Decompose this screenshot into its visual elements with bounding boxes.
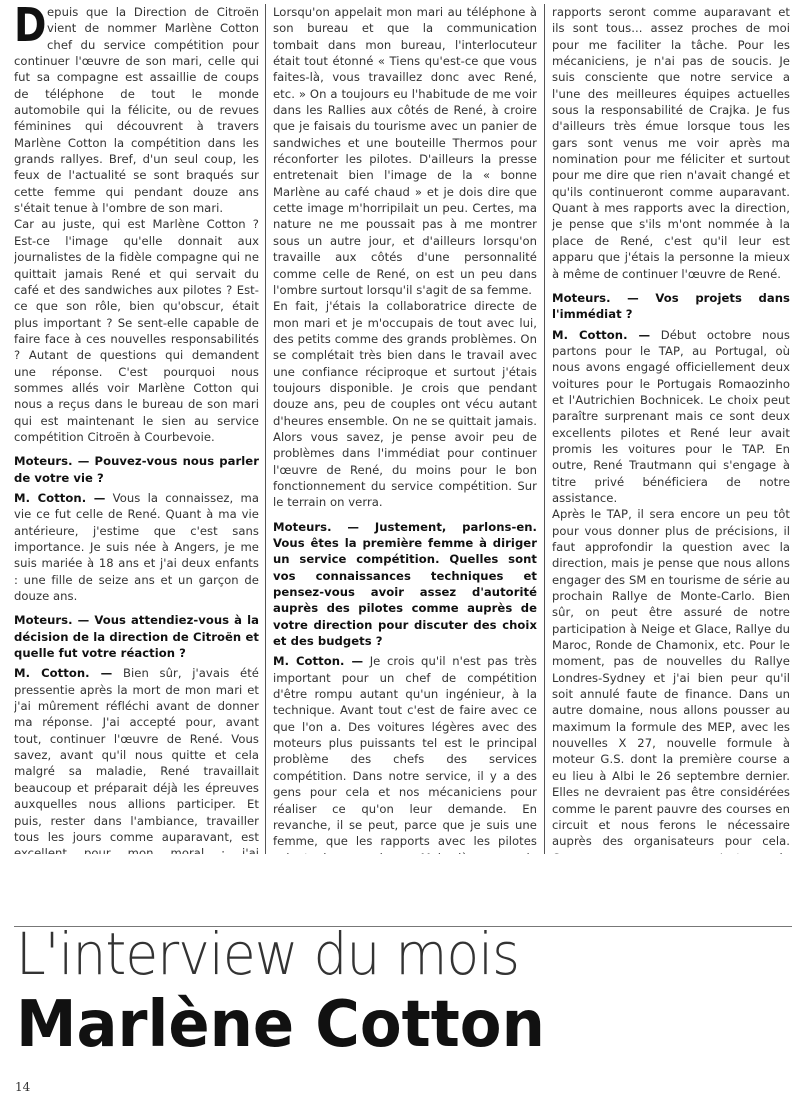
answer-2: M. Cotton. — Bien sûr, j'avais été press… [14,665,259,854]
answer-3-continued: Lorsqu'on appelait mon mari au téléphone… [273,4,537,298]
column-1: Depuis que la Direction de Citroën vient… [14,4,265,854]
answer-4-continued: rapports seront comme auparavant et ils … [552,4,790,282]
answer-1: M. Cotton. — Vous la connaissez, ma vie … [14,490,259,604]
answer-3-continued-2: En fait, j'étais la collaboratrice direc… [273,298,537,510]
intro-paragraph-2: Car au juste, qui est Marlène Cotton ? E… [14,216,259,445]
article-body: Depuis que la Direction de Citroën vient… [14,4,792,854]
question-4: Moteurs. — Justement, parlons-en. Vous ê… [273,519,537,650]
answer-5: M. Cotton. — Début octobre nous partons … [552,327,790,507]
question-2: Moteurs. — Vous attendiez-vous à la déci… [14,612,259,661]
magazine-page: Depuis que la Direction de Citroën vient… [0,0,796,1108]
column-2: Lorsqu'on appelait mon mari au téléphone… [265,4,544,854]
column-3: rapports seront comme auparavant et ils … [544,4,792,854]
answer-4: M. Cotton. — Je crois qu'il n'est pas tr… [273,653,537,854]
answer-5-p2: Après le TAP, il sera encore un peu tôt … [552,506,790,854]
page-number: 14 [15,1080,30,1094]
intro-paragraph: Depuis que la Direction de Citroën vient… [14,4,259,216]
question-5: Moteurs. — Vos projets dans l'immédiat ? [552,290,790,323]
headline-name: Marlène Cotton [16,988,545,1062]
drop-cap: D [14,6,38,44]
headline-kicker: L'interview du mois [16,920,519,988]
question-1: Moteurs. — Pouvez-vous nous parler de vo… [14,453,259,486]
